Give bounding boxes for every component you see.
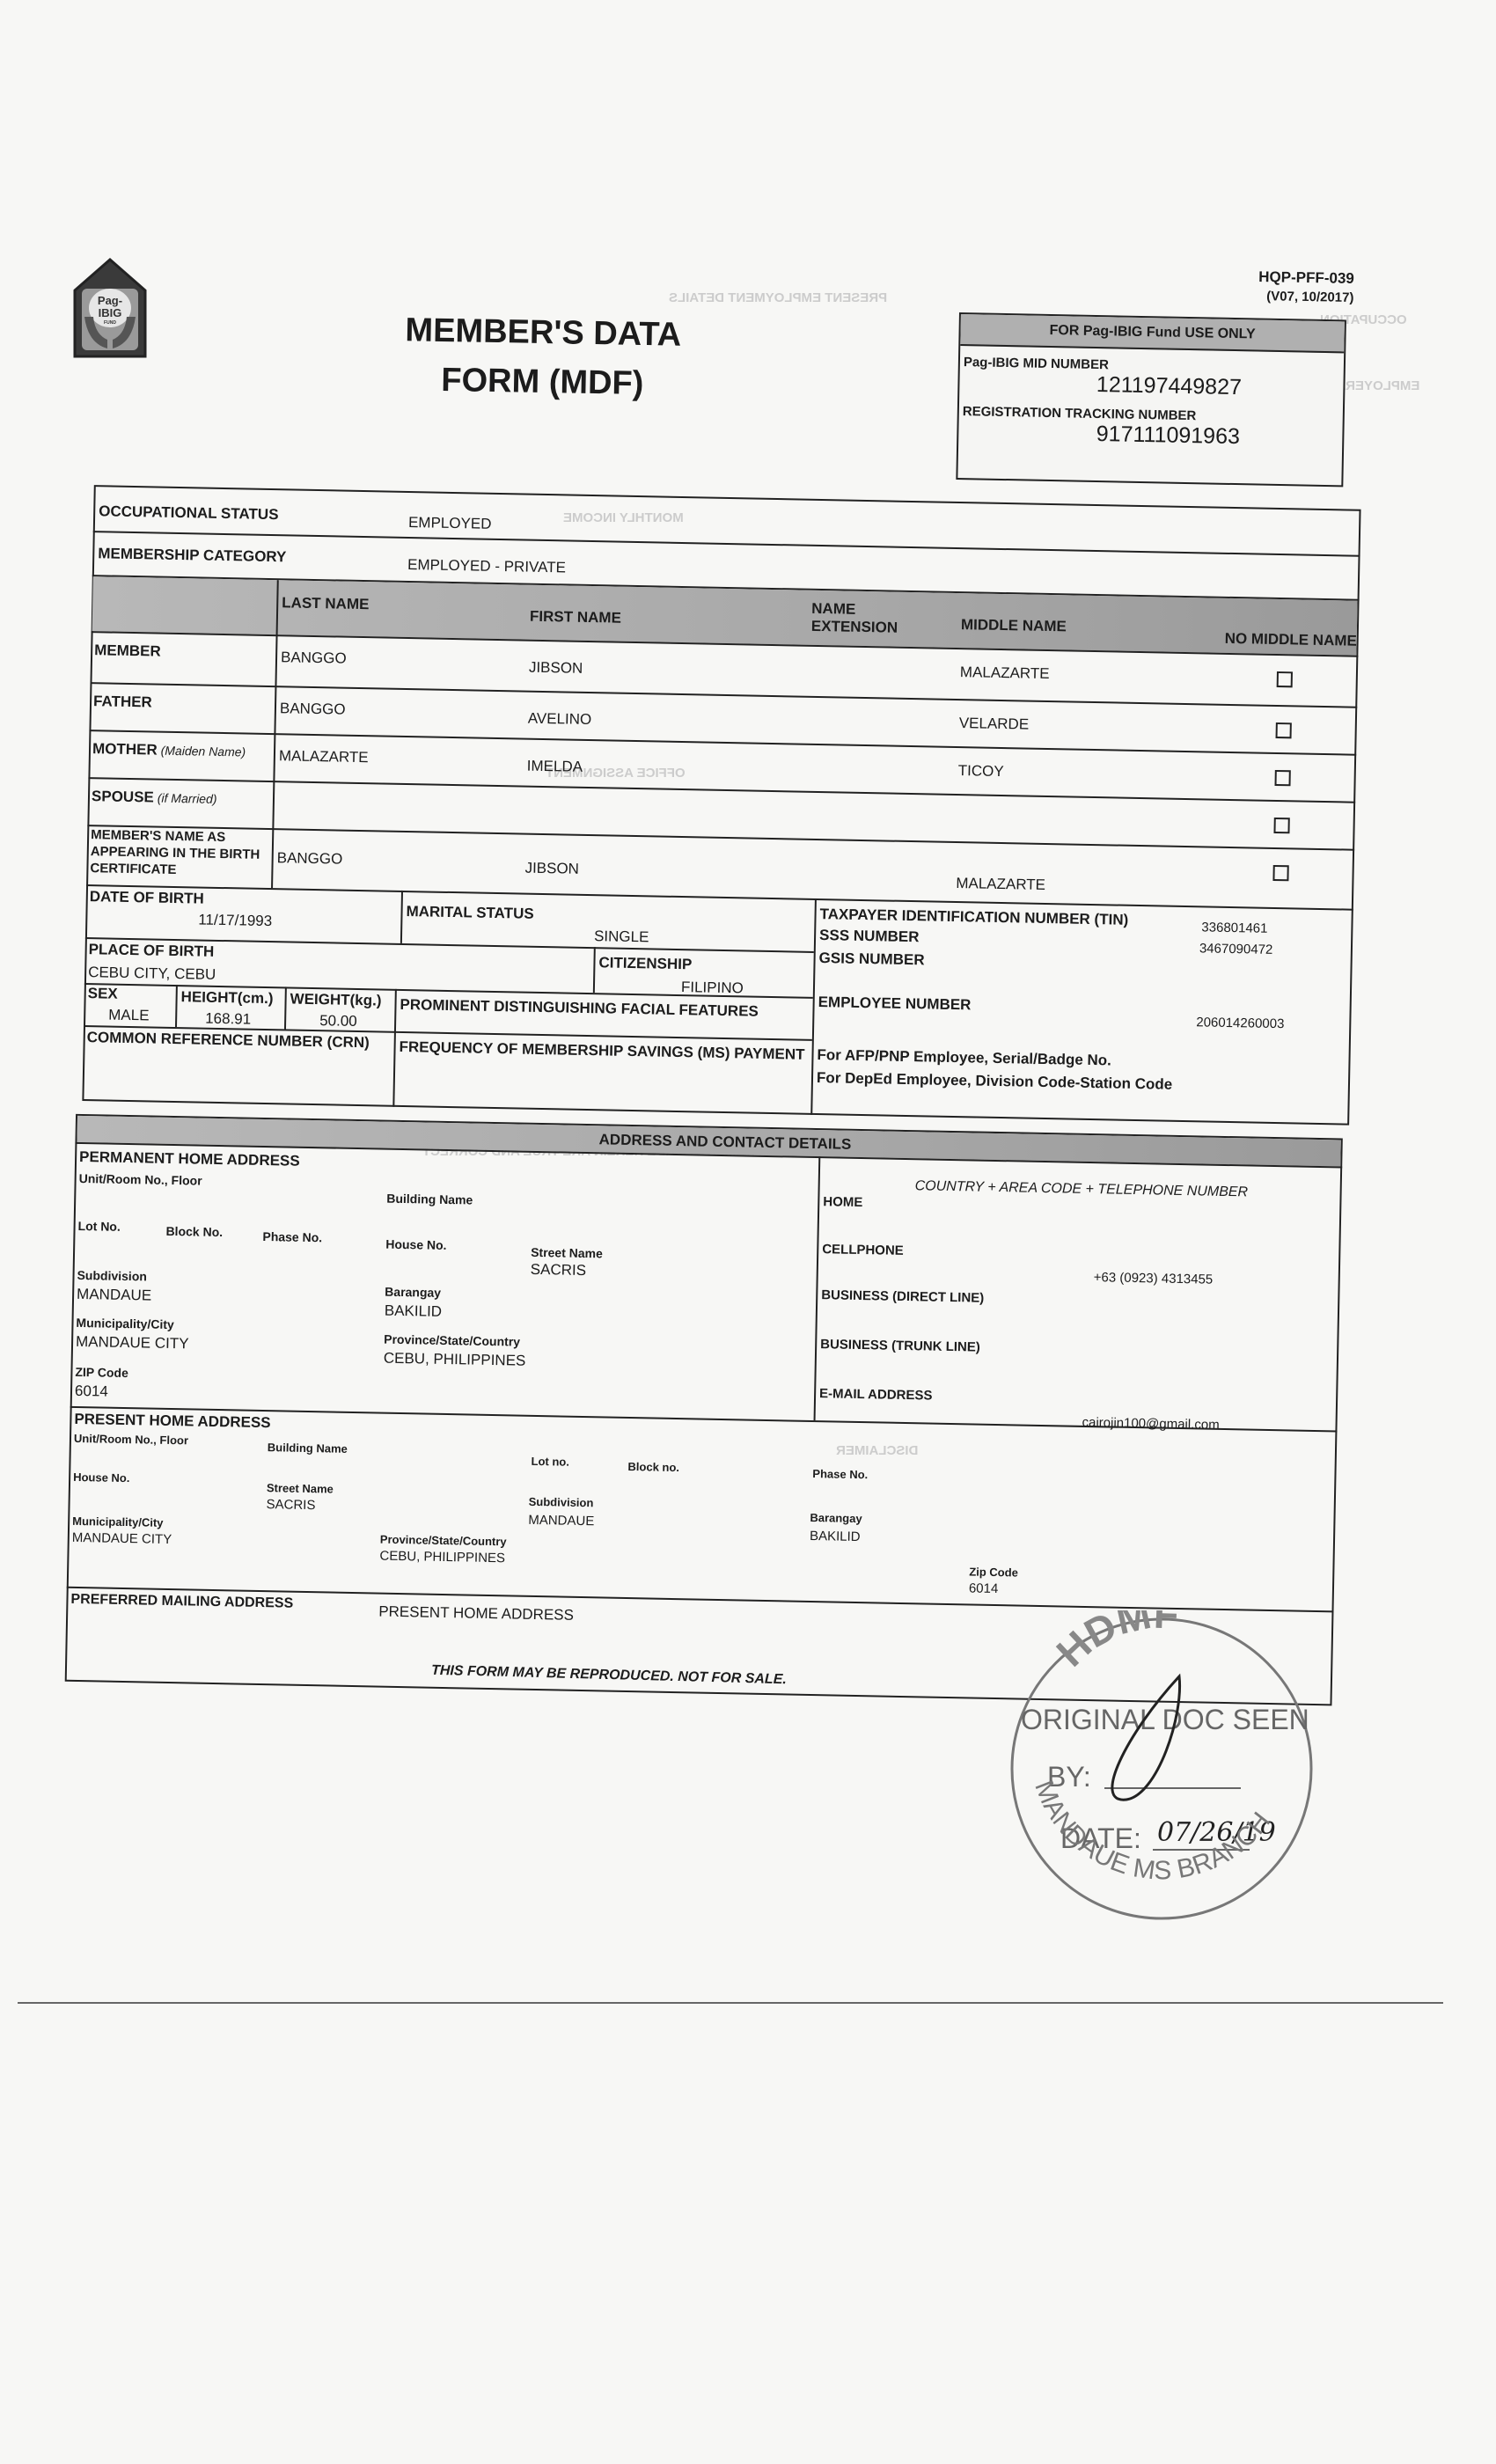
pob-label: PLACE OF BIRTH bbox=[88, 941, 214, 961]
pres-zip-label: Zip Code bbox=[969, 1565, 1018, 1579]
business-trunk-label: BUSINESS (TRUNK LINE) bbox=[820, 1337, 980, 1354]
col-name-extension: NAME EXTENSION bbox=[811, 600, 909, 637]
row-label: MEMBER'S NAME AS APPEARING IN THE BIRTH … bbox=[90, 826, 267, 880]
pres-zip-value[interactable]: 6014 bbox=[969, 1580, 999, 1596]
col-no-middle-name: NO MIDDLE NAME bbox=[1224, 630, 1357, 650]
sss-label: SSS NUMBER bbox=[819, 927, 920, 946]
pres-barangay-label: Barangay bbox=[810, 1511, 862, 1525]
tin-value[interactable]: 336801461 bbox=[1201, 920, 1267, 935]
perm-province-label: Province/State/Country bbox=[384, 1332, 520, 1349]
last-name-value[interactable]: BANGGO bbox=[277, 849, 343, 868]
pag-ibig-logo: Pag- IBIG FUND bbox=[70, 255, 150, 361]
cellphone-value[interactable]: +63 (0923) 4313455 bbox=[1094, 1270, 1214, 1287]
stamp-bottom-text: MANDAUE MS BRANCH bbox=[1029, 1777, 1276, 1886]
form-code-number: HQP-PFF-039 bbox=[1258, 268, 1354, 289]
sex-label: SEX bbox=[88, 985, 118, 1003]
pres-building-label: Building Name bbox=[268, 1441, 348, 1456]
pres-city-value[interactable]: MANDAUE CITY bbox=[72, 1530, 172, 1547]
weight-label: WEIGHT(kg.) bbox=[290, 991, 381, 1010]
pres-subdivision-value[interactable]: MANDAUE bbox=[528, 1513, 594, 1529]
col-middle-name: MIDDLE NAME bbox=[961, 616, 1067, 635]
occupational-status-value[interactable]: EMPLOYED bbox=[408, 514, 492, 533]
pres-phase-label: Phase No. bbox=[812, 1467, 868, 1481]
pres-block-label: Block no. bbox=[627, 1460, 679, 1474]
form-title: MEMBER'S DATA FORM (MDF) bbox=[404, 305, 682, 408]
row-label-wrap: SPOUSE(if Married) bbox=[92, 788, 217, 808]
name-table-row: MEMBER'S NAME AS APPEARING IN THE BIRTH … bbox=[44, 246, 1417, 273]
col-first-name: FIRST NAME bbox=[530, 608, 621, 627]
sex-value[interactable]: MALE bbox=[108, 1007, 150, 1025]
row-label-note: (if Married) bbox=[158, 791, 217, 806]
last-name-value[interactable]: MALAZARTE bbox=[279, 747, 369, 766]
title-line-1: MEMBER'S DATA bbox=[405, 305, 682, 359]
perm-subdivision-label: Subdivision bbox=[77, 1268, 147, 1284]
mailing-address-value[interactable]: PRESENT HOME ADDRESS bbox=[378, 1603, 574, 1624]
form-code: HQP-PFF-039 (V07, 10/2017) bbox=[1258, 268, 1354, 308]
dob-label: DATE OF BIRTH bbox=[90, 888, 204, 907]
height-label: HEIGHT(cm.) bbox=[180, 988, 273, 1008]
svg-text:Pag-: Pag- bbox=[98, 294, 122, 307]
perm-province-value[interactable]: CEBU, PHILIPPINES bbox=[384, 1350, 526, 1370]
row-label: MEMBER bbox=[94, 642, 161, 660]
name-table-row: SPOUSE(if Married) bbox=[44, 246, 1417, 273]
membership-category-value[interactable]: EMPLOYED - PRIVATE bbox=[407, 556, 566, 576]
gsis-label: GSIS NUMBER bbox=[818, 950, 924, 969]
email-value[interactable]: cairojin100@gmail.com bbox=[1082, 1415, 1219, 1433]
dob-value[interactable]: 11/17/1993 bbox=[198, 912, 272, 931]
perm-city-label: Municipality/City bbox=[76, 1316, 174, 1331]
perm-building-label: Building Name bbox=[386, 1192, 473, 1207]
pob-value[interactable]: CEBU CITY, CEBU bbox=[88, 964, 216, 984]
citizenship-label: CITIZENSHIP bbox=[598, 954, 692, 973]
row-label: MOTHER bbox=[92, 740, 158, 758]
fund-use-only-box: FOR Pag-IBIG Fund USE ONLY Pag-IBIG MID … bbox=[956, 312, 1346, 487]
col-last-name: LAST NAME bbox=[282, 594, 370, 613]
pres-province-label: Province/State/Country bbox=[380, 1533, 507, 1549]
last-name-value[interactable]: BANGGO bbox=[280, 700, 346, 718]
marital-status-value[interactable]: SINGLE bbox=[594, 928, 649, 946]
title-line-2: FORM (MDF) bbox=[404, 355, 681, 408]
weight-value[interactable]: 50.00 bbox=[319, 1012, 357, 1030]
pres-province-value[interactable]: CEBU, PHILIPPINES bbox=[379, 1549, 505, 1566]
email-label: E-MAIL ADDRESS bbox=[819, 1386, 933, 1403]
stamp-line-1: ORIGINAL DOC SEEN bbox=[1021, 1704, 1309, 1735]
present-address-title: PRESENT HOME ADDRESS bbox=[74, 1411, 271, 1432]
perm-subdivision-value[interactable]: MANDAUE bbox=[77, 1286, 151, 1305]
stamp-top-text: HDMF bbox=[1047, 1610, 1179, 1676]
pres-house-label: House No. bbox=[73, 1470, 130, 1485]
name-table-row: FATHERBANGGOAVELINOVELARDE bbox=[44, 246, 1417, 273]
perm-house-label: House No. bbox=[385, 1237, 447, 1252]
pres-city-label: Municipality/City bbox=[72, 1514, 164, 1529]
name-rows: MEMBERBANGGOJIBSONMALAZARTEFATHERBANGGOA… bbox=[44, 246, 1417, 273]
no-middle-name-checkbox[interactable] bbox=[1276, 722, 1292, 738]
membership-category-label: MEMBERSHIP CATEGORY bbox=[98, 545, 286, 566]
first-name-value[interactable]: IMELDA bbox=[527, 758, 583, 776]
perm-barangay-value[interactable]: BAKILID bbox=[385, 1302, 443, 1321]
row-label: SPOUSE bbox=[92, 788, 154, 805]
member-data-form: OCCUPATIONAL STATUS EMPLOYED MEMBERSHIP … bbox=[44, 246, 1417, 273]
perm-city-value[interactable]: MANDAUE CITY bbox=[76, 1333, 189, 1353]
no-middle-name-checkbox[interactable] bbox=[1272, 865, 1288, 881]
first-name-value[interactable]: JIBSON bbox=[524, 860, 579, 878]
business-direct-label: BUSINESS (DIRECT LINE) bbox=[821, 1287, 984, 1306]
name-table-row: MEMBERBANGGOJIBSONMALAZARTE bbox=[44, 246, 1417, 273]
signature bbox=[1112, 1676, 1180, 1800]
middle-name-value[interactable]: VELARDE bbox=[959, 715, 1030, 734]
row-label-wrap: MOTHER(Maiden Name) bbox=[92, 740, 246, 760]
show-through-text: PRESENT EMPLOYMENT DETAILS bbox=[669, 290, 887, 305]
pres-street-value[interactable]: SACRIS bbox=[266, 1497, 315, 1513]
employee-number-value[interactable]: 206014260003 bbox=[1196, 1015, 1284, 1031]
cellphone-label: CELLPHONE bbox=[822, 1242, 904, 1258]
marital-status-label: MARITAL STATUS bbox=[406, 903, 533, 923]
middle-name-value[interactable]: TICOY bbox=[958, 762, 1004, 781]
perm-street-value[interactable]: SACRIS bbox=[531, 1261, 587, 1280]
middle-name-value[interactable]: MALAZARTE bbox=[956, 875, 1045, 894]
no-middle-name-checkbox[interactable] bbox=[1274, 770, 1290, 786]
pres-street-label: Street Name bbox=[267, 1481, 334, 1495]
height-value[interactable]: 168.91 bbox=[205, 1010, 251, 1029]
occupational-status-label: OCCUPATIONAL STATUS bbox=[99, 502, 279, 524]
employee-number-label: EMPLOYEE NUMBER bbox=[818, 994, 971, 1014]
original-doc-seen-stamp: HDMF ORIGINAL DOC SEEN BY: DATE: 07/26/1… bbox=[994, 1610, 1329, 1927]
row-label: FATHER bbox=[93, 693, 152, 711]
svg-text:FUND: FUND bbox=[104, 320, 116, 326]
scanned-page: PRESENT EMPLOYMENT DETAILS OCCUPATION EM… bbox=[0, 0, 1496, 2464]
perm-block-label: Block No. bbox=[165, 1224, 223, 1239]
name-table-row: MOTHER(Maiden Name)MALAZARTEIMELDATICOY bbox=[44, 246, 1417, 273]
form-version: (V07, 10/2017) bbox=[1258, 287, 1354, 308]
first-name-value[interactable]: AVELINO bbox=[528, 710, 592, 729]
row-label-note: (Maiden Name) bbox=[161, 744, 246, 759]
perm-street-label: Street Name bbox=[531, 1245, 603, 1261]
scan-edge bbox=[18, 2002, 1443, 2004]
perm-phase-label: Phase No. bbox=[262, 1229, 322, 1244]
svg-text:IBIG: IBIG bbox=[99, 306, 122, 319]
middle-name-value[interactable]: MALAZARTE bbox=[960, 664, 1050, 683]
pres-barangay-value[interactable]: BAKILID bbox=[810, 1529, 861, 1544]
pres-subdivision-label: Subdivision bbox=[529, 1495, 594, 1509]
perm-zip-value[interactable]: 6014 bbox=[75, 1382, 108, 1401]
perm-lot-label: Lot No. bbox=[77, 1219, 121, 1234]
perm-zip-label: ZIP Code bbox=[75, 1365, 128, 1380]
perm-unit-label: Unit/Room No., Floor bbox=[79, 1171, 202, 1188]
perm-barangay-label: Barangay bbox=[385, 1285, 441, 1300]
pres-lot-label: Lot no. bbox=[531, 1455, 569, 1469]
home-phone-label: HOME bbox=[823, 1194, 862, 1210]
no-middle-name-checkbox[interactable] bbox=[1273, 818, 1289, 833]
sss-value[interactable]: 3467090472 bbox=[1199, 941, 1273, 957]
first-name-value[interactable]: JIBSON bbox=[529, 659, 583, 678]
no-middle-name-checkbox[interactable] bbox=[1277, 671, 1293, 687]
last-name-value[interactable]: BANGGO bbox=[281, 649, 347, 667]
pres-unit-label: Unit/Room No., Floor bbox=[74, 1432, 188, 1447]
